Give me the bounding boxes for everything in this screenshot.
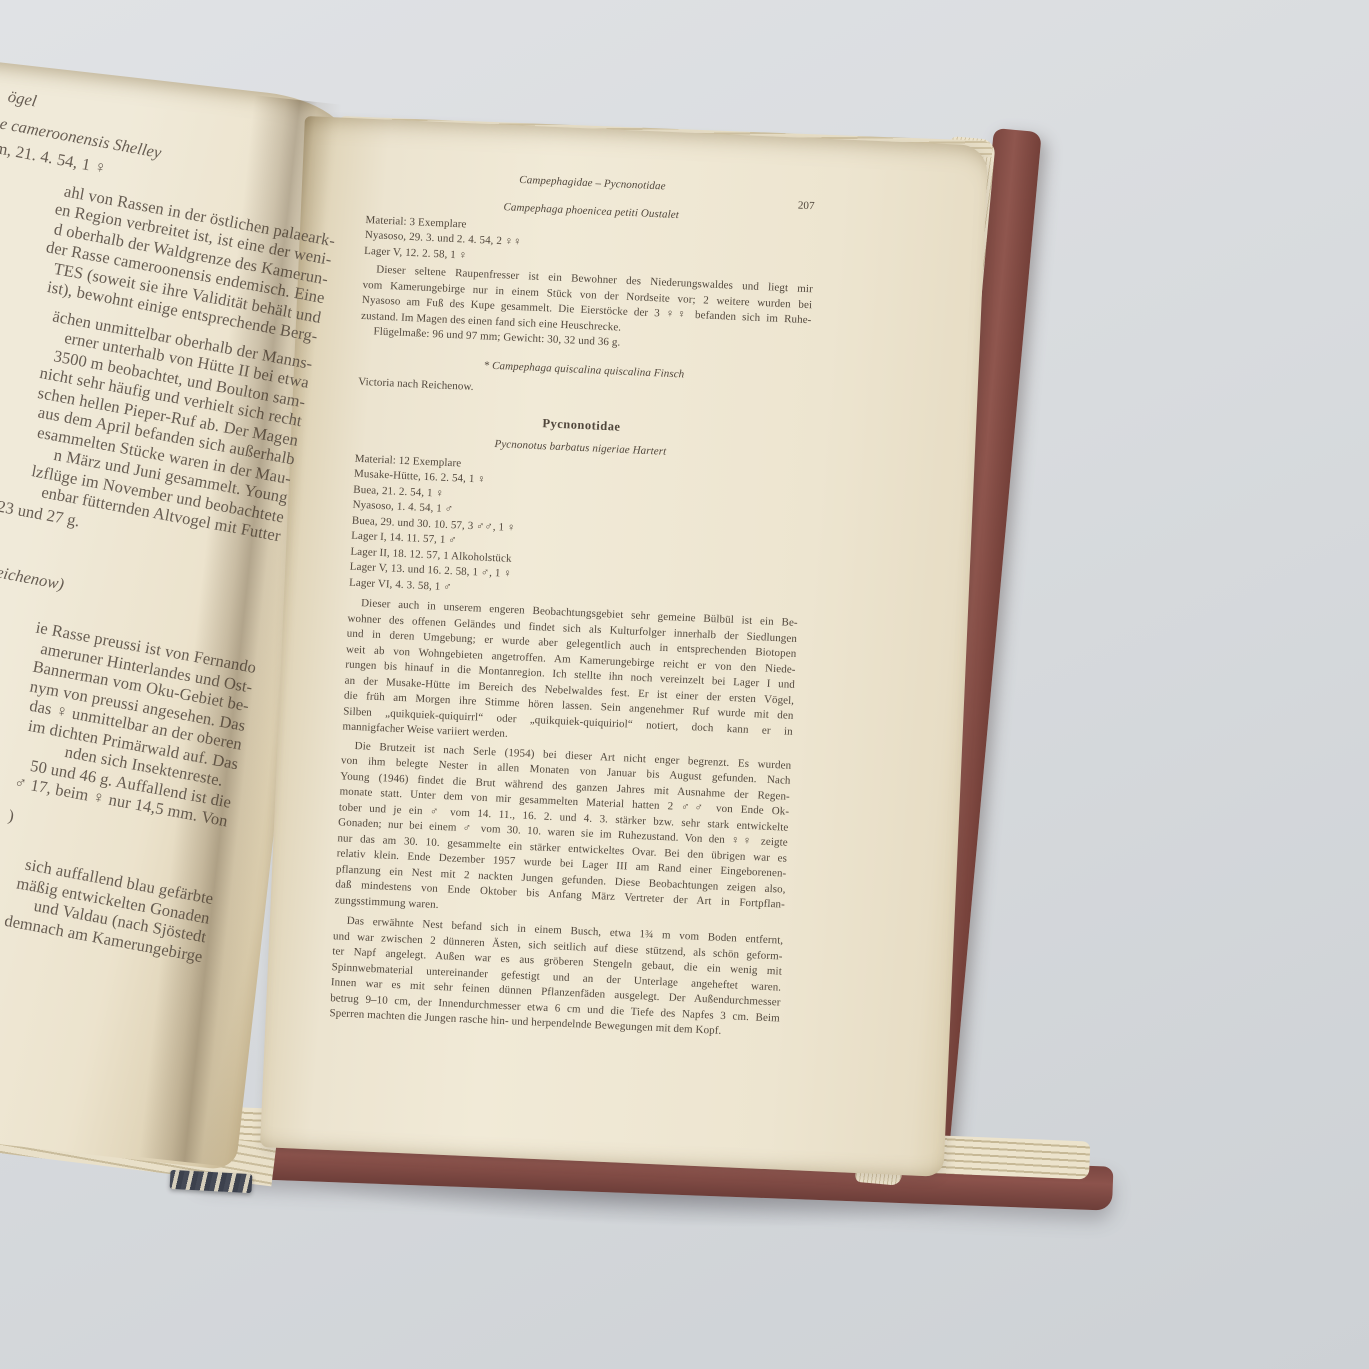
material-list-2: Material: 12 ExemplareMusake-Hütte, 16. … [349,451,805,611]
page-number: 207 [797,199,814,215]
paragraph-brutzeit: Die Brutzeit ist nach Serle (1954) bei d… [334,738,791,929]
text-line: eichenow) [0,525,66,594]
photo-open-book: ögele cameroonensis Shelleym, 21. 4. 54,… [0,0,1369,1369]
paragraph-nest: Das erwähnte Nest befand sich in einem B… [329,913,783,1042]
right-page-text: Campephagidae – Pycnonotidae 207 Campeph… [329,166,817,1042]
paragraph-buelbuel: Dieser auch in unserem engeren Beobachtu… [342,596,798,756]
